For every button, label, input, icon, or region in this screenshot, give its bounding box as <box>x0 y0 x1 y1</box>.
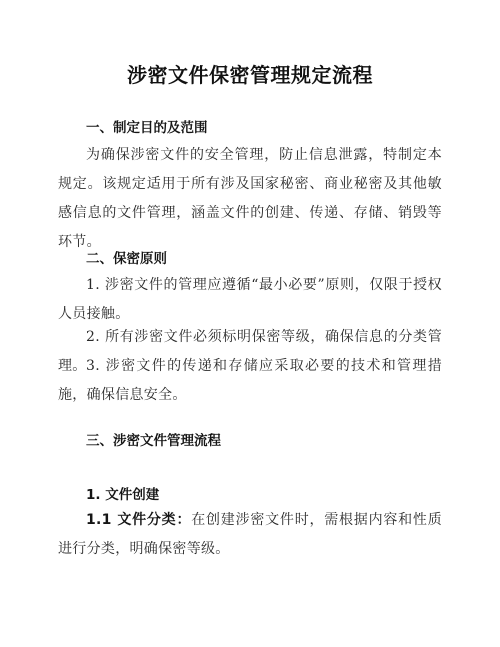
principle-item-3: 3. 涉密文件的传递和存储应采取必要的技术和管理措施，确保信息安全。 <box>58 352 442 410</box>
principle-item-1: 1. 涉密文件的管理应遵循“最小必要”原则，仅限于授权人员接触。 <box>58 271 442 329</box>
section-heading-purpose-scope: 一、制定目的及范围 <box>86 118 208 138</box>
section-heading-management-process: 三、涉密文件管理流程 <box>86 431 221 451</box>
document-title: 涉密文件保密管理规定流程 <box>0 61 500 89</box>
file-classification-label: 1.1 文件分类： <box>86 512 191 528</box>
file-classification-item: 1.1 文件分类：在创建涉密文件时，需根据内容和性质进行分类，明确保密等级。 <box>58 506 442 564</box>
section-paragraph-purpose-scope: 为确保涉密文件的安全管理，防止信息泄露，特制定本规定。该规定适用于所有涉及国家秘… <box>58 141 442 257</box>
section-heading-principles: 二、保密原则 <box>86 249 167 269</box>
subsection-heading-file-creation: 1. 文件创建 <box>86 485 159 505</box>
document-page: 涉密文件保密管理规定流程 一、制定目的及范围 为确保涉密文件的安全管理，防止信息… <box>0 0 500 647</box>
